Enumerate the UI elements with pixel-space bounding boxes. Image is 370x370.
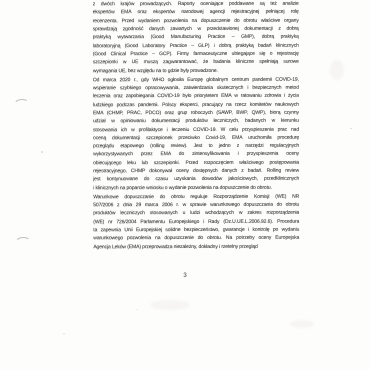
scan-speck bbox=[63, 333, 65, 335]
scan-speck bbox=[350, 128, 352, 129]
scan-smudge bbox=[330, 60, 344, 80]
paragraph: Od marca 2020 r., gdy WHO ogłosiła Europ… bbox=[93, 75, 299, 192]
text-line: warunkowego pozwolenia na dopuszczenie d… bbox=[93, 234, 299, 243]
text-line: leczenia oraz zapobiegania COVID-19 było… bbox=[93, 92, 299, 101]
text-line: ekspertów EMA oraz ekspertów narodowej a… bbox=[93, 8, 299, 17]
text-line: praktyką wytwarzania (Good Manufacturing… bbox=[93, 33, 299, 42]
scan-artifact-arc bbox=[14, 98, 30, 110]
text-line: jest kontynuowane do czasu uzyskania dow… bbox=[93, 175, 299, 184]
scanned-page: oceniana jest równolegle przez dwa nieza… bbox=[0, 0, 370, 370]
scan-speck bbox=[136, 309, 138, 310]
scan-smudge bbox=[150, 300, 190, 310]
page-number: 3 bbox=[0, 273, 370, 279]
scan-smudge bbox=[290, 320, 314, 328]
text-line: i klinicznych na poparcie wniosku o wyda… bbox=[93, 183, 299, 192]
scan-speck bbox=[41, 151, 43, 153]
text-line: udział w opiniowaniu dokumentacji produk… bbox=[93, 117, 299, 126]
text-line: szczepionki w UE muszą zagwarantować, że… bbox=[93, 58, 299, 67]
body-text: oceniana jest równolegle przez dwa nieza… bbox=[93, 0, 300, 251]
text-line: stosowania ich w profilaktyce i leczeniu… bbox=[93, 125, 299, 134]
text-line: wymagania UE, bez względu na to gdzie by… bbox=[93, 66, 299, 75]
paragraph: z dwóch krajów prowadzących. Raporty oce… bbox=[93, 0, 299, 75]
text-line: wykorzystywanych przez EMA do zintensyfi… bbox=[93, 150, 299, 159]
scan-artifact-arc bbox=[15, 236, 32, 248]
text-line: Agencja Leków (EMA) przeprowadza niezale… bbox=[93, 242, 299, 251]
paragraph: Warunkowe dopuszczanie do obrotu reguluj… bbox=[93, 193, 299, 252]
text-line: produktów leczniczych stosowanych u ludz… bbox=[93, 209, 299, 218]
